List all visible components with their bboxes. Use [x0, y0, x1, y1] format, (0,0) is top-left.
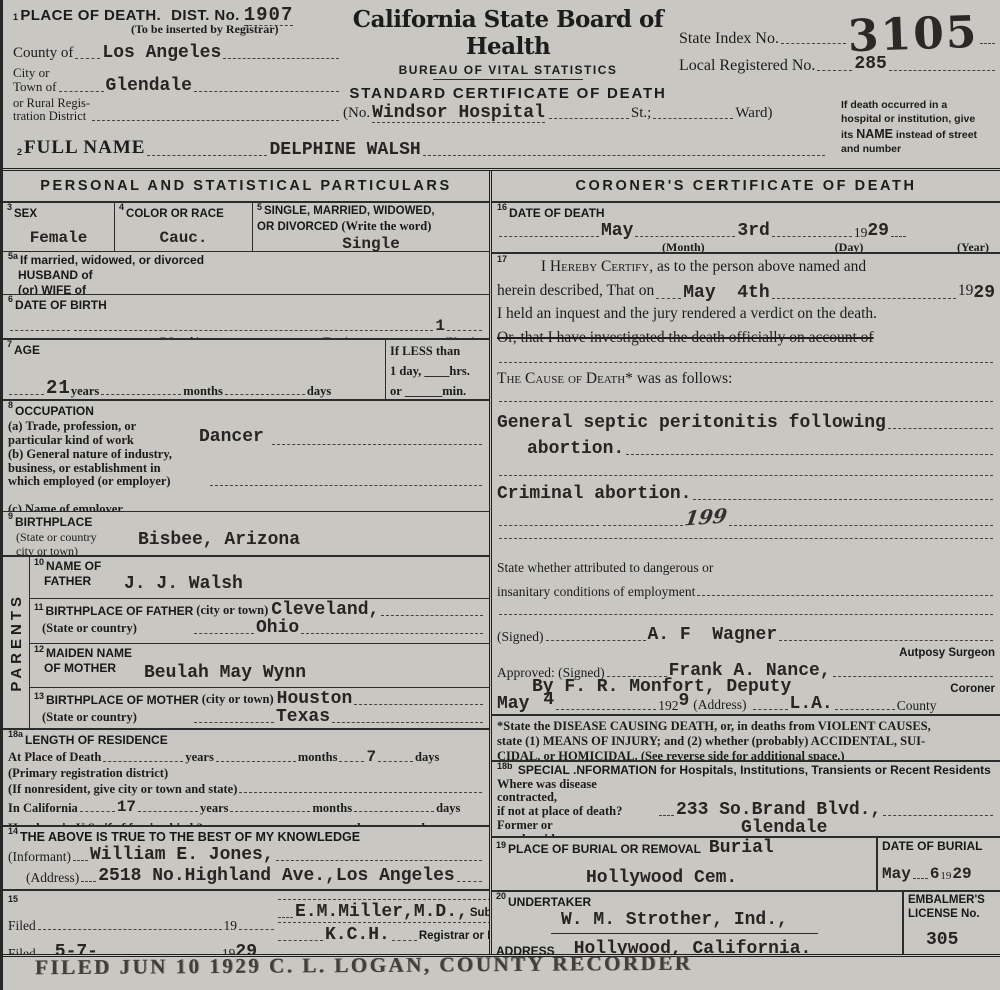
mother-name-field: 12MAIDEN NAMEOF MOTHER Beulah May Wynn [30, 644, 489, 688]
city-value: Glendale [106, 77, 192, 95]
dod-label: DATE OF DEATH [509, 206, 605, 220]
embalmer-label-1: EMBALMER'S [908, 893, 996, 907]
spouse-field: 5aIf married, widowed, or divorced HUSBA… [3, 252, 489, 295]
occupation-a-label-2: particular kind of work [8, 433, 134, 447]
form-masthead: California State Board of Health BUREAU … [336, 6, 680, 102]
bureau-subtitle: BUREAU OF VITAL STATISTICS [336, 63, 680, 77]
street-st-label: St.; [631, 105, 651, 122]
registrar-signature: E.M.Miller,M.D., [295, 903, 468, 921]
res-district-note: (Primary registration district) [8, 765, 484, 781]
birthplace-field: 9BIRTHPLACE (State or country city or to… [3, 512, 489, 557]
note-line-2: hospital or institution, give [841, 113, 975, 125]
certificate-body: PERSONAL AND STATISTICAL PARTICULARS 3SE… [3, 168, 1000, 957]
mother-bp-value-1: Houston [277, 690, 353, 708]
county-suffix-label: County [897, 698, 937, 714]
less-line-1: If LESS than [390, 344, 460, 358]
spouse-line-3: (or) WIFE of [18, 283, 484, 295]
item-number: 1 [13, 12, 18, 22]
note-line-3a: its [841, 129, 853, 141]
filed-block: 15 Filed 19 Filed 5-7- 19 29 [3, 891, 489, 955]
dod-day-label: (Day) [835, 240, 864, 255]
approval-year-digit: 9 [678, 692, 689, 710]
res-us-label: How long in U.S., if of foreign birth? [8, 820, 203, 827]
approval-month: May [497, 695, 529, 713]
burial-place-value: Hollywood Cem. [586, 869, 872, 887]
informant-address-value: 2518 No.Highland Ave.,Los Angeles [98, 867, 454, 885]
inquest-year-value: 29 [973, 284, 995, 302]
marital-label-1: SINGLE, MARRIED, WIDOWED, [264, 205, 435, 217]
death-certificate-page: 1 PLACE OF DEATH. DIST. No. 1907 (To be … [0, 0, 1000, 990]
date-of-death-field: 16DATE OF DEATH May 3rd 19 29 (Month) (D… [492, 203, 1000, 255]
father-bp-value-2: Ohio [256, 619, 299, 637]
divider [433, 79, 583, 80]
occupation-b-label-3: which employed (or employer) [8, 474, 171, 488]
sex-label: SEX [14, 208, 37, 220]
street-or-hospital-field: (No. Windsor Hospital St.; Ward) [343, 104, 835, 122]
race-value: Cauc. [119, 230, 248, 246]
res-california-label: In California [8, 800, 78, 816]
father-bp-hint: (city or town) [196, 602, 268, 618]
father-birthplace-field: 11BIRTHPLACE OF FATHER (city or town) Cl… [30, 599, 489, 645]
undertaker-block: 20UNDERTAKER W. M. Strother, Ind., ADDRE… [492, 892, 1000, 955]
cause-label-a: The Cause of Death* [497, 370, 633, 387]
mother-label-1: MAIDEN NAME [46, 646, 132, 660]
father-label-2: FATHER [44, 574, 91, 588]
registration-numbers: State Index No. 3105 Local Registered No… [679, 20, 997, 74]
item-number: 2 [17, 147, 22, 157]
birthplace-hint-2: city or town) [16, 544, 78, 557]
form-title: STANDARD CERTIFICATE OF DEATH [336, 85, 680, 102]
mother-bp-label: BIRTHPLACE OF MOTHER [46, 693, 199, 707]
dob-label: DATE OF BIRTH [15, 298, 107, 312]
county-recorder-filed-stamp: FILED JUN 10 1929 C. L. LOGAN, COUNTY RE… [35, 951, 693, 981]
certify-statement: 17 I Hereby Certify, as to the person ab… [492, 254, 1000, 351]
age-years-label: years [71, 383, 99, 399]
mother-name-value: Beulah May Wynn [144, 664, 306, 685]
burial-date-label: DATE OF BURIAL [882, 839, 996, 854]
full-name-value: DELPHINE WALSH [269, 141, 420, 159]
burial-date-month: May [882, 866, 911, 882]
birthplace-hint-1: (State or country [16, 530, 97, 544]
filed-label-1: Filed [8, 918, 36, 934]
note-line-4: and number [841, 143, 901, 155]
father-label-1: NAME OF [46, 559, 101, 573]
former-residence-label-1: Former or [497, 818, 553, 832]
birthplace-label: BIRTHPLACE [15, 515, 92, 529]
embalmer-license-value: 305 [926, 931, 996, 949]
employment-conditions-field: State whether attributed to dangerous or… [492, 555, 1000, 624]
dob-year-value: 1 [435, 318, 445, 334]
informant-field-label: (Informant) [8, 849, 71, 865]
left-section-title-text: PERSONAL AND STATISTICAL PARTICULARS [40, 178, 452, 194]
org-title: California State Board of Health [336, 6, 680, 60]
undertaker-label: UNDERTAKER [508, 895, 591, 909]
certify-line-1a: I Hereby Certify, [541, 258, 653, 275]
dod-month-label: (Month) [662, 240, 705, 255]
marital-label-2: OR DIVORCED [257, 221, 338, 233]
burial-date-year: 29 [952, 866, 971, 882]
embalmer-label-2: LICENSE No. [908, 907, 996, 921]
residence-block: 18aLENGTH OF RESIDENCE At Place of Death… [3, 730, 489, 827]
hospital-instruction-note: If death occurred in a hospital or insti… [841, 99, 999, 157]
father-name-value: J. J. Walsh [124, 575, 243, 596]
place-of-death-block: 1 PLACE OF DEATH. DIST. No. 1907 (To be … [13, 6, 341, 124]
mother-birthplace-field: 13BIRTHPLACE OF MOTHER (city or town) Ho… [30, 688, 489, 728]
burial-block: 19PLACE OF BURIAL OR REMOVAL Burial Holl… [492, 838, 1000, 892]
disease-contracted-label-1: Where was disease contracted, [497, 777, 597, 805]
full-name-label: FULL NAME [24, 137, 145, 159]
birthplace-value: Bisbee, Arizona [138, 531, 300, 554]
age-less-than-note: If LESS than 1 day, ____hrs. or ______mi… [386, 340, 489, 400]
race-label: COLOR OR RACE [126, 208, 224, 220]
parents-band: PARENTS [3, 557, 30, 728]
occupation-b-label-2: business, or establishment in [8, 461, 161, 475]
signed-label: (Signed) [497, 629, 544, 645]
filed-year-value: 29 [235, 943, 257, 955]
note-line-3b: NAME [856, 127, 893, 141]
undertaker-value: W. M. Strother, Ind., [551, 911, 818, 934]
undertaker-field: 20UNDERTAKER W. M. Strother, Ind., ADDRE… [492, 892, 904, 955]
race-field: 4COLOR OR RACE Cauc. [115, 203, 253, 252]
res-days-value: 7 [366, 749, 376, 765]
informant-value: William E. Jones, [90, 846, 274, 864]
burial-typed-word: Burial [709, 839, 774, 857]
parents-block: PARENTS 10NAME OFFATHER J. J. Walsh 11BI… [3, 557, 489, 730]
age-years-value: 21 [46, 379, 71, 398]
kch-initials: K.C.H. [325, 926, 390, 944]
spouse-line-1: If married, widowed, or divorced [20, 253, 204, 267]
res-california-value: 17 [117, 799, 136, 815]
approval-day: 4 [543, 691, 554, 709]
informant-block: 14THE ABOVE IS TRUE TO THE BEST OF MY KN… [3, 827, 489, 891]
handwritten-number: 199 [683, 504, 729, 531]
right-section-title: CORONER'S CERTIFICATE OF DEATH [492, 171, 1000, 203]
left-section-title: PERSONAL AND STATISTICAL PARTICULARS [3, 171, 489, 203]
coroner-certificate-column: CORONER'S CERTIFICATE OF DEATH 16DATE OF… [492, 171, 1000, 954]
father-bp-hint-2: (State or country) [42, 620, 192, 636]
disease-contracted-value: 233 So.Brand Blvd., [676, 801, 881, 819]
mother-label-2: OF MOTHER [44, 661, 116, 675]
informant-label: THE ABOVE IS TRUE TO THE BEST OF MY KNOW… [20, 830, 360, 844]
cause-line-1: General septic peritonitis following [497, 414, 886, 432]
footnote-line-2: state (1) MEANS OF INJURY; and (2) wheth… [497, 734, 995, 749]
rural-district-field: or Rural Regis- tration District [13, 97, 341, 125]
rural-label-1: or Rural Regis- [13, 96, 90, 110]
father-bp-value-1: Cleveland, [271, 601, 379, 619]
filed-label-2: Filed [8, 946, 36, 955]
cause-of-death-entries: General septic peritonitis following abo… [492, 413, 1000, 555]
inquest-date-value: May 4th [683, 284, 769, 302]
occupation-b-label-1: (b) General nature of industry, [8, 447, 172, 461]
footnote-line-1: *State the DISEASE CAUSING DEATH, or, in… [497, 719, 995, 734]
age-field: 7AGE 21 years months days If LESS than 1… [3, 340, 489, 402]
note-line-1: If death occurred in a [841, 99, 947, 111]
less-line-2: 1 day, ____hrs. [390, 364, 470, 378]
note-line-3c: instead of street [896, 129, 977, 141]
dod-day-value: 3rd [737, 222, 769, 240]
age-label: AGE [14, 343, 40, 357]
filed-date-value: 5-7- [55, 943, 98, 955]
special-information-block: 18b SPECIAL .NFORMATION for Hospitals, I… [492, 762, 1000, 838]
state-index-field: State Index No. 3105 [679, 20, 997, 47]
city-field: City or Town of Glendale [13, 66, 341, 95]
dod-year-label: (Year) [957, 240, 989, 255]
embalmer-license-field: EMBALMER'S LICENSE No. 305 [904, 892, 1000, 955]
mother-bp-value-2: Texas [276, 708, 330, 726]
approval-address-label: (Address) [693, 697, 746, 713]
age-months-label: months [183, 383, 223, 399]
cause-of-death-label-block: The Cause of Death* was as follows: [492, 352, 1000, 414]
certify-line-2: herein described, That on [497, 279, 654, 303]
county-field: County of Los Angeles [13, 44, 341, 62]
residence-label: LENGTH OF RESIDENCE [25, 733, 168, 747]
autopsy-surgeon-role: Autposy Surgeon [497, 646, 995, 660]
special-info-title-b: for Hospitals, Institutions, Transients … [660, 763, 991, 777]
disease-contracted-label-2: if not at place of death? [497, 804, 622, 818]
dod-month-value: May [601, 222, 633, 240]
state-index-value: 3105 [847, 18, 978, 53]
sex-race-marital-row: 3SEX Female 4COLOR OR RACE Cauc. 5SINGLE… [3, 203, 489, 253]
signed-field: (Signed) A. F Wagner Autposy Surgeon [492, 625, 1000, 662]
county-label: County of [13, 45, 73, 62]
footnote-line-3: CIDAL, or HOMICIDAL. (See reverse side f… [497, 749, 995, 761]
mother-bp-hint-2: (State or country) [42, 709, 192, 725]
sex-value: Female [7, 230, 110, 246]
full-name-field: 2 FULL NAME DELPHINE WALSH [17, 137, 827, 159]
certify-line-4-struck: Or, that I have investigated the death o… [497, 326, 995, 350]
subregistrar-label: Subregistrar [470, 906, 489, 920]
street-no-label: (No. [343, 105, 370, 122]
marital-hint: (Write the word) [341, 219, 431, 233]
local-registered-label: Local Registered No. [679, 57, 815, 75]
employment-line-1: State whether attributed to dangerous or [497, 560, 995, 576]
marital-field: 5SINGLE, MARRIED, WIDOWED, OR DIVORCED (… [253, 203, 489, 252]
occupation-field: 8OCCUPATION (a) Trade, profession, or pa… [3, 401, 489, 512]
cause-line-3: Criminal abortion. [497, 485, 691, 503]
place-of-burial-field: 19PLACE OF BURIAL OR REMOVAL Burial Holl… [492, 838, 878, 890]
cause-line-2: abortion. [527, 440, 624, 458]
father-bp-label: BIRTHPLACE OF FATHER [46, 604, 194, 618]
burial-date-day: 6 [930, 866, 940, 882]
date-of-burial-field: DATE OF BURIAL May 6 19 29 [878, 838, 1000, 890]
res-nonresident-note: (If nonresident, give city or town and s… [8, 781, 237, 797]
burial-label: PLACE OF BURIAL OR REMOVAL [508, 842, 701, 856]
occupation-label: OCCUPATION [15, 404, 94, 418]
city-label-2: Town of [13, 79, 57, 94]
violent-causes-footnote: *State the DISEASE CAUSING DEATH, or, in… [492, 716, 1000, 762]
special-info-title-a: SPECIAL .NFORMATION [518, 763, 657, 777]
spouse-line-2: HUSBAND of [18, 268, 484, 283]
personal-particulars-column: PERSONAL AND STATISTICAL PARTICULARS 3SE… [3, 171, 492, 954]
employment-line-2: insanitary conditions of employment [497, 584, 695, 600]
occupation-a-label-1: (a) Trade, profession, or [8, 419, 136, 433]
date-of-birth-field: 6DATE OF BIRTH 1 (Month) (Day) (Year) [3, 295, 489, 340]
certify-line-1b: as to the person above named and [657, 258, 866, 275]
less-line-3: or ______min. [390, 384, 466, 398]
street-ward-label: Ward) [735, 105, 772, 122]
dod-year-value: 29 [867, 222, 889, 240]
parents-label: PARENTS [8, 593, 25, 692]
registrar-note: (To be inserted by Registrar) [131, 22, 341, 37]
res-place-label: At Place of Death [8, 749, 101, 765]
city-label-1: City or [13, 65, 49, 80]
mother-bp-hint: (city or town) [202, 691, 274, 707]
sex-field: 3SEX Female [3, 203, 115, 252]
autopsy-surgeon-signature: A. F Wagner [648, 626, 778, 644]
informant-address-label: (Address) [26, 870, 79, 886]
county-value: Los Angeles [102, 44, 221, 62]
registrar-or-deputy-label: Registrar or Deputy [419, 929, 489, 943]
cause-label-b: was as follows: [637, 370, 733, 387]
hospital-name-value: Windsor Hospital [372, 104, 545, 123]
marital-value: Single [257, 236, 485, 252]
approved-field: Approved: (Signed) Frank A. Nance, By F.… [492, 661, 1000, 716]
coroner-role-label: Coroner [950, 682, 995, 696]
approval-address-value: L.A. [790, 695, 833, 713]
occupation-c-label: (c) Name of employer [8, 501, 123, 512]
occupation-value: Dancer [199, 428, 264, 446]
father-name-field: 10NAME OFFATHER J. J. Walsh [30, 557, 489, 599]
right-section-title-text: CORONER'S CERTIFICATE OF DEATH [575, 178, 916, 194]
age-days-label: days [307, 383, 331, 399]
former-residence-value: Glendale [741, 819, 827, 837]
state-index-label: State Index No. [679, 30, 779, 48]
deputy-signature: By F. R. Monfort, Deputy [532, 678, 791, 696]
certify-line-3: I held an inquest and the jury rendered … [497, 302, 995, 326]
rural-label-2: tration District [13, 109, 86, 123]
